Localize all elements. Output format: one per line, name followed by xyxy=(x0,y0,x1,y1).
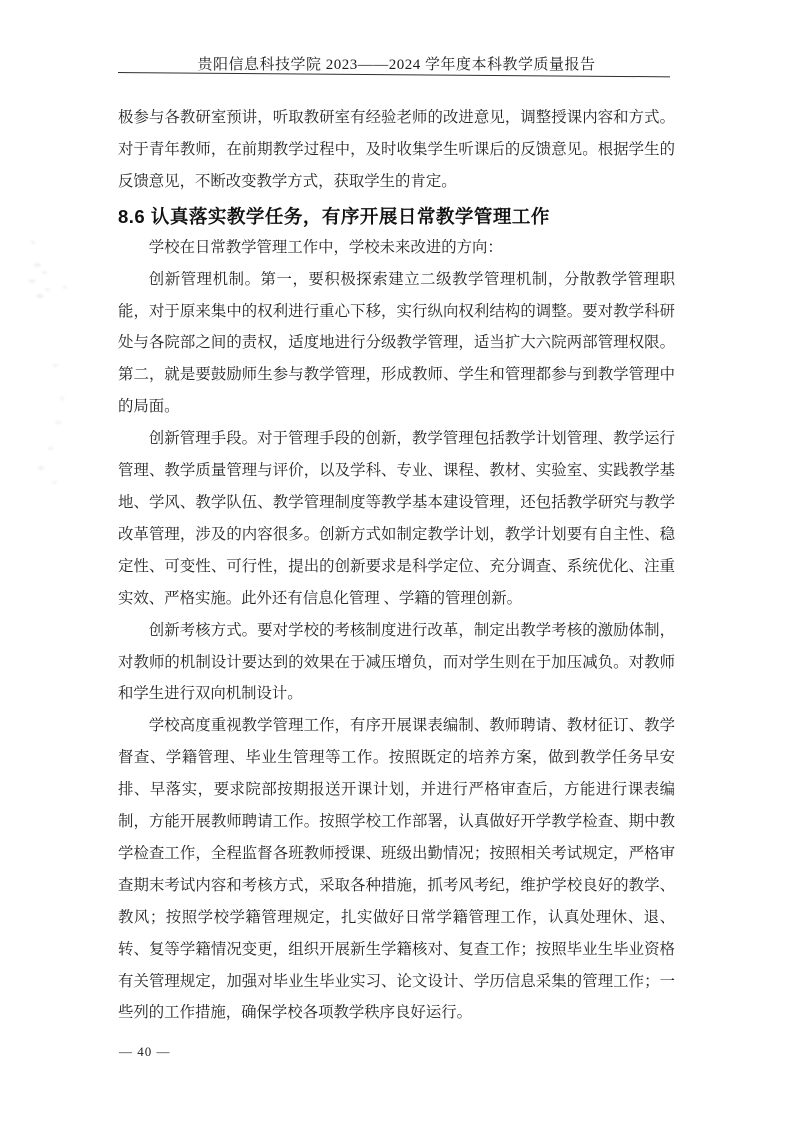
document-page: 贵阳信息科技学院 2023——2024 学年度本科教学质量报告 极参与各教研室预… xyxy=(0,0,793,1122)
paragraph-innovation-assessment: 创新考核方式。要对学校的考核制度进行改革，制定出教学考核的激励体制，对教师的机制… xyxy=(118,615,675,711)
paragraph-improvement-direction: 学校在日常教学管理工作中，学校未来改进的方向： xyxy=(118,232,675,264)
section-heading-8-6: 8.6 认真落实教学任务，有序开展日常教学管理工作 xyxy=(118,202,675,232)
page-header-title: 贵阳信息科技学院 2023——2024 学年度本科教学质量报告 xyxy=(0,53,793,74)
page-number: — 40 — xyxy=(119,1044,171,1059)
paragraph-innovation-methods: 创新管理手段。对于管理手段的创新，教学管理包括教学计划管理、教学运行管理、教学质… xyxy=(118,423,675,614)
paragraph-continuation: 极参与各教研室预讲，听取教研室有经验老师的改进意见，调整授课内容和方式。对于青年… xyxy=(118,102,675,198)
page-footer: — 40 — xyxy=(119,1044,171,1060)
document-body: 极参与各教研室预讲，听取教研室有经验老师的改进意见，调整授课内容和方式。对于青年… xyxy=(118,102,675,1029)
paragraph-innovation-mechanism: 创新管理机制。第一，要积极探索建立二级教学管理机制，分散教学管理职能，对于原来集… xyxy=(118,264,675,424)
paragraph-daily-management: 学校高度重视教学管理工作，有序开展课表编制、教师聘请、教材征订、教学督查、学籍管… xyxy=(118,710,675,1029)
